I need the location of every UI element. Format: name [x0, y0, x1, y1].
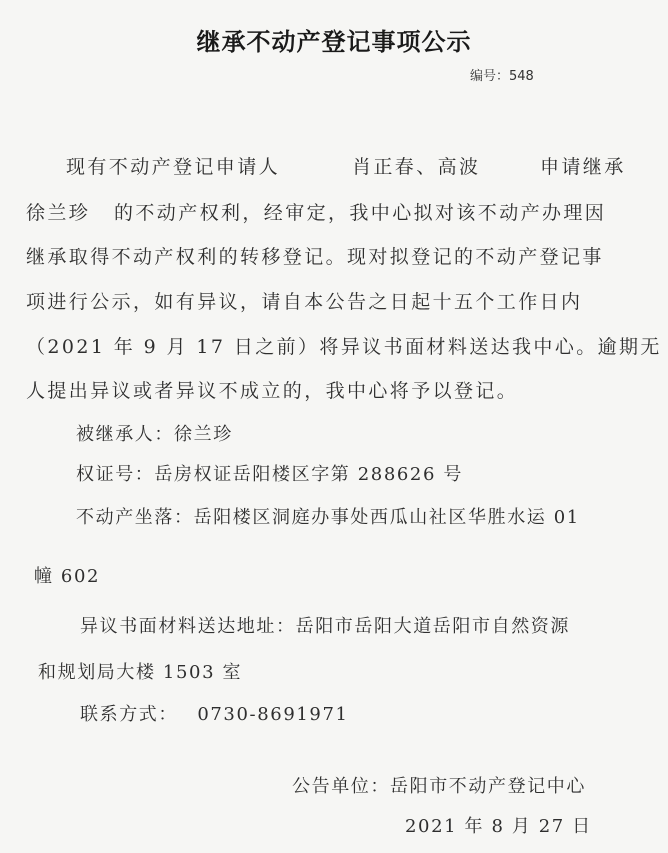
decedent-inline: 徐兰珍	[26, 198, 90, 225]
contact-row: 联系方式： 0730-8691971	[80, 700, 349, 726]
certificate-row: 权证号：岳房权证岳阳楼区字第 288626 号	[76, 460, 463, 486]
issuer-label: 公告单位：	[292, 776, 390, 797]
location-value-line2: 幢 602	[34, 562, 100, 588]
issue-date: 2021 年 8 月 27 日	[405, 812, 592, 838]
contact-value: 0730-8691971	[197, 704, 348, 725]
applicant-prefix: 现有不动产登记申请人	[66, 156, 280, 178]
body-line-1: 现有不动产登记申请人	[66, 152, 280, 179]
contact-label: 联系方式：	[80, 704, 178, 725]
certificate-label: 权证号：	[76, 464, 154, 485]
page-title: 继承不动产登记事项公示	[0, 22, 668, 57]
body-line-5: （2021 年 9 月 17 日之前）将异议书面材料送达我中心。逾期无	[26, 332, 662, 359]
location-label: 不动产坐落：	[76, 507, 194, 528]
applicant-suffix: 申请继承	[540, 152, 626, 179]
issuer-row: 公告单位：岳阳市不动产登记中心	[292, 772, 586, 798]
decedent-label: 被继承人：	[76, 424, 174, 445]
address-row: 异议书面材料送达地址：岳阳市岳阳大道岳阳市自然资源	[80, 612, 570, 638]
issuer-value: 岳阳市不动产登记中心	[390, 776, 586, 797]
body-line-3: 继承取得不动产权利的转移登记。现对拟登记的不动产登记事	[26, 242, 604, 269]
location-value-line1: 岳阳楼区洞庭办事处西瓜山社区华胜水运 01	[194, 507, 580, 528]
body-line-2: 的不动产权利，经审定，我中心拟对该不动产办理因	[114, 198, 606, 225]
serial-value: 548	[509, 69, 534, 84]
decedent-row: 被继承人：徐兰珍	[76, 420, 233, 446]
address-line2: 和规划局大楼 1503 室	[38, 658, 242, 684]
serial-label: 编号：	[470, 69, 509, 84]
address-label: 异议书面材料送达地址：	[80, 616, 296, 637]
certificate-value: 岳房权证岳阳楼区字第 288626 号	[154, 464, 463, 485]
serial-number: 编号：548	[470, 65, 534, 84]
address-line1: 岳阳市岳阳大道岳阳市自然资源	[296, 616, 570, 637]
body-line-6: 人提出异议或者异议不成立的，我中心将予以登记。	[26, 376, 518, 403]
location-row: 不动产坐落：岳阳楼区洞庭办事处西瓜山社区华胜水运 01	[76, 503, 580, 529]
body-line-4: 项进行公示，如有异议，请自本公告之日起十五个工作日内	[26, 287, 582, 314]
applicants: 肖正春、高波	[352, 152, 480, 179]
decedent-value: 徐兰珍	[174, 424, 233, 445]
